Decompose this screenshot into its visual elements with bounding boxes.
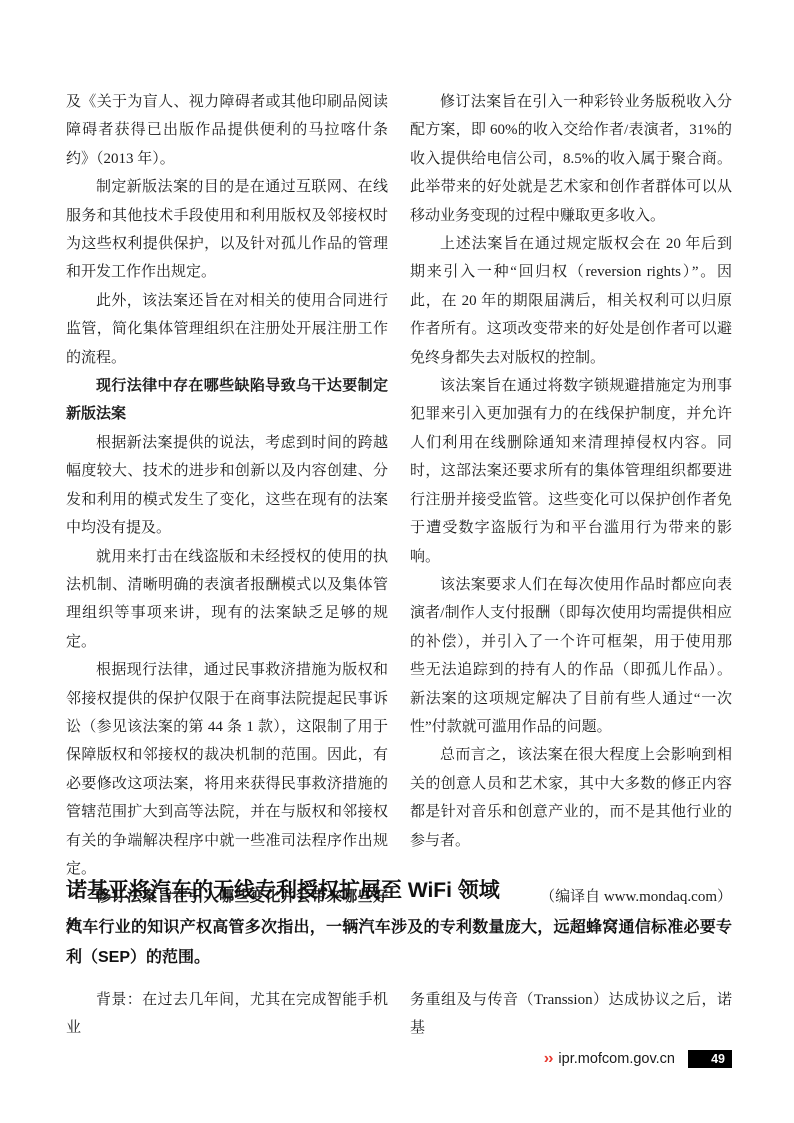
page-number-badge: 49 xyxy=(688,1050,732,1068)
article-body-columns: 背景：在过去几年间，尤其在完成智能手机业 务重组及与传音（Transsion）达… xyxy=(66,986,732,1043)
left-column: 及《关于为盲人、视力障碍者或其他印刷品阅读障碍者获得已出版作品提供便利的马拉喀什… xyxy=(66,88,388,940)
paragraph: 此外，该法案还旨在对相关的使用合同进行监管，简化集体管理组织在注册处开展注册工作… xyxy=(66,287,388,372)
article-nokia-wifi-patents: 诺基亚将汽车的无线专利授权扩展至 WiFi 领域 汽车行业的知识产权高管多次指出… xyxy=(66,876,732,1043)
article-title: 诺基亚将汽车的无线专利授权扩展至 WiFi 领域 xyxy=(66,876,732,906)
paragraph: 上述法案旨在通过规定版权会在 20 年后到期来引入一种“回归权（reversio… xyxy=(410,230,732,372)
section-heading-defects: 现行法律中存在哪些缺陷导致乌干达要制定新版法案 xyxy=(66,372,388,429)
paragraph: 总而言之，该法案在很大程度上会影响到相关的创意人员和艺术家，其中大多数的修正内容… xyxy=(410,741,732,855)
page-footer: ›› ipr.mofcom.gov.cn 49 xyxy=(544,1050,732,1068)
paragraph: 务重组及与传音（Transsion）达成协议之后，诺基 xyxy=(410,986,732,1043)
paragraph: 修订法案旨在引入一种彩铃业务版税收入分配方案，即 60%的收入交给作者/表演者，… xyxy=(410,88,732,230)
document-page: 及《关于为盲人、视力障碍者或其他印刷品阅读障碍者获得已出版作品提供便利的马拉喀什… xyxy=(0,0,794,1123)
article-uganda-copyright-law: 及《关于为盲人、视力障碍者或其他印刷品阅读障碍者获得已出版作品提供便利的马拉喀什… xyxy=(66,88,732,940)
paragraph: 制定新版法案的目的是在通过互联网、在线服务和其他技术手段使用和利用版权及邻接权时… xyxy=(66,173,388,287)
footer-site-url: ipr.mofcom.gov.cn xyxy=(558,1050,675,1068)
paragraph: 及《关于为盲人、视力障碍者或其他印刷品阅读障碍者获得已出版作品提供便利的马拉喀什… xyxy=(66,88,388,173)
paragraph: 根据新法案提供的说法，考虑到时间的跨越幅度较大、技术的进步和创新以及内容创建、分… xyxy=(66,429,388,543)
paragraph: 该法案旨在通过将数字锁规避措施定为刑事犯罪来引入更加强有力的在线保护制度，并允许… xyxy=(410,372,732,571)
article-lead: 汽车行业的知识产权高管多次指出，一辆汽车涉及的专利数量庞大，远超蜂窝通信标准必要… xyxy=(66,913,732,973)
paragraph: 该法案要求人们在每次使用作品时都应向表演者/制作人支付报酬（即每次使用均需提供相… xyxy=(410,571,732,741)
paragraph: 背景：在过去几年间，尤其在完成智能手机业 xyxy=(66,986,388,1043)
paragraph: 根据现行法律，通过民事救济措施为版权和邻接权提供的保护仅限于在商事法院提起民事诉… xyxy=(66,656,388,883)
chevron-right-icon: ›› xyxy=(544,1050,553,1068)
right-column: 修订法案旨在引入一种彩铃业务版税收入分配方案，即 60%的收入交给作者/表演者，… xyxy=(410,88,732,940)
paragraph: 就用来打击在线盗版和未经授权的使用的执法机制、清晰明确的表演者报酬模式以及集体管… xyxy=(66,543,388,657)
